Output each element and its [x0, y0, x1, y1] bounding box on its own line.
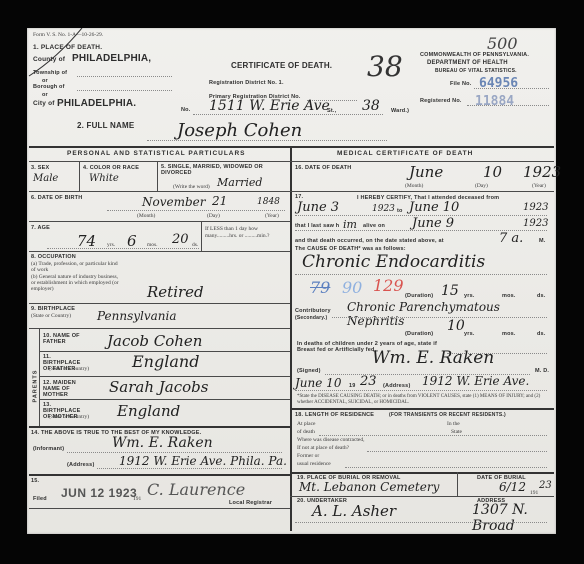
medical-section-title: MEDICAL CERTIFICATE OF DEATH: [337, 150, 473, 157]
cause-duration: 15: [441, 283, 459, 299]
registered-no-label: Registered No.: [420, 98, 462, 104]
of-death-label: of death: [297, 429, 315, 435]
father-name-label: 10. NAME OF FATHER: [43, 333, 88, 345]
file-no-label: File No.: [450, 81, 471, 87]
to-label: to: [397, 208, 403, 214]
year-caption: (Year): [265, 213, 279, 219]
residence-label: 18. LENGTH OF RESIDENCE: [295, 412, 374, 418]
undertaker-line: [295, 522, 547, 523]
contracted-label: Where was disease contracted,: [297, 437, 365, 443]
full-name-label: 2. FULL NAME: [77, 121, 134, 130]
birthplace-value: Pennsylvania: [97, 309, 177, 323]
cause-code-1: 79: [310, 278, 330, 297]
divider: [39, 328, 40, 426]
contributory-line: [332, 317, 547, 318]
to-year: 1923: [523, 202, 548, 213]
divider: [290, 496, 554, 497]
filed-label: Filed: [33, 496, 47, 502]
st-label: St.,: [327, 108, 336, 114]
last-saw-date: June 9: [412, 216, 454, 231]
divider: [29, 508, 290, 509]
informant-address-label: (Address): [67, 462, 94, 468]
usual-residence-line: [345, 467, 547, 468]
or-label: or: [42, 92, 48, 98]
top-number: 500: [487, 34, 518, 53]
birthplace-label: 9. BIRTHPLACE: [31, 306, 75, 312]
divider: [290, 472, 554, 474]
attended-to: June 10: [409, 200, 459, 215]
agency-line2: DEPARTMENT OF HEALTH: [427, 60, 508, 66]
filed-number: 15.: [31, 478, 39, 484]
divider: [290, 161, 554, 162]
burial-year: 23: [539, 480, 552, 491]
ds-caption: ds.: [537, 293, 546, 299]
dod-label: 16. DATE OF DEATH: [295, 165, 351, 171]
occupation-b: (b) General nature of industry business,…: [31, 274, 121, 292]
contributory-duration: 10: [447, 318, 465, 334]
street-no-label: No.: [181, 107, 190, 113]
divider: [290, 191, 554, 192]
cause-value: Chronic Endocarditis: [302, 252, 485, 272]
cause-line: [295, 274, 547, 275]
signed-date: June 10: [295, 376, 341, 390]
contributory-label: Contributory: [295, 308, 331, 314]
race-label: 4. COLOR OR RACE: [83, 165, 139, 171]
last-saw-label: that I last saw h: [295, 223, 339, 229]
dob-year: 1848: [257, 197, 280, 207]
age-line: [47, 248, 199, 249]
dob-day: 21: [212, 194, 227, 208]
father-birthplace-value: England: [132, 352, 199, 371]
full-name-value: Joseph Cohen: [177, 120, 302, 141]
occupation-label: 8. OCCUPATION: [31, 254, 76, 260]
alive-on-label: alive on: [363, 223, 385, 229]
burial-date-value: 6/12: [499, 480, 526, 494]
mother-maiden-label: 12. MAIDEN NAME OF MOTHER: [43, 380, 93, 398]
filed-date-stamp: JUN 12 1923: [61, 486, 137, 500]
month-caption: (Month): [137, 213, 155, 219]
divider: [29, 303, 290, 304]
pen-stroke-icon: [27, 28, 107, 88]
ward-label: Ward.): [391, 108, 409, 114]
time-value: 7 a.: [499, 231, 523, 246]
occurred-text: and that death occurred, on the date sta…: [295, 238, 444, 244]
md-label: M. D.: [535, 368, 549, 374]
cause-footnote: *State the DISEASE CAUSING DEATH; or in …: [297, 394, 552, 406]
death-certificate: Form V. S. No. 1-A—10-26-29. 1. PLACE OF…: [27, 28, 556, 534]
residence-hint: (FOR TRANSIENTS OR RECENT RESIDENTS.): [389, 412, 506, 418]
occupation-value: Retired: [147, 283, 204, 301]
informant-value: Wm. E. Raken: [112, 435, 213, 451]
divider: [29, 474, 290, 476]
less-than-day-note: If LESS than 1 day how many.........hrs.…: [205, 226, 287, 240]
undertaker-address-value: 1307 N. Broad: [472, 502, 556, 534]
agency-line1: COMMONWEALTH OF PENNSYLVANIA.: [420, 52, 529, 58]
divider: [29, 251, 290, 252]
registered-no-value: 11884: [475, 94, 514, 109]
registrar-signature: C. Laurence: [147, 480, 245, 499]
divider: [29, 191, 290, 192]
certificate-title: CERTIFICATE OF DEATH.: [231, 61, 332, 70]
age-label: 7. AGE: [31, 225, 50, 231]
cause-code-2: 90: [342, 278, 362, 297]
margin-number: 38: [367, 50, 403, 83]
burial-place-value: Mt. Lebanon Cemetery: [299, 480, 439, 494]
divider: [157, 161, 158, 191]
marital-label: 5. SINGLE, MARRIED, WIDOWED OR DIVORCED: [161, 164, 287, 176]
duration-label: (Duration): [405, 293, 433, 299]
marital-value: Married: [217, 176, 262, 189]
usual-label: usual residence: [297, 461, 331, 467]
day-caption: (Day): [207, 213, 220, 219]
physician-address-value: 1912 W. Erie Ave.: [422, 374, 529, 388]
informant-label: (Informant): [33, 446, 64, 452]
contracted-line: [367, 451, 547, 452]
parents-label: PARENTS: [32, 370, 38, 403]
informant-address-value: 1912 W. Erie Ave. Phila. Pa.: [119, 454, 287, 468]
cause-code-3: 129: [373, 276, 404, 295]
residence-line: [319, 435, 547, 436]
street-value: 1511 W. Erie Ave: [209, 98, 330, 114]
undertaker-value: A. L. Asher: [312, 502, 396, 520]
m-label: M.: [539, 238, 546, 244]
informant-address-line: [97, 468, 282, 469]
dod-year: 1923: [523, 163, 561, 181]
secondary-label: (Secondary.): [295, 315, 327, 321]
filed-year-suffix: 191: [133, 496, 141, 502]
yrs-caption: yrs.: [464, 293, 475, 299]
race-value: White: [89, 173, 119, 184]
dod-day: 10: [483, 163, 502, 181]
dob-label: 6. DATE OF BIRTH: [31, 195, 82, 201]
mos-caption: mos.: [502, 293, 516, 299]
in-the-label: In the: [447, 421, 460, 427]
divider: [290, 408, 554, 410]
divider: [79, 161, 80, 191]
signed-label: (Signed): [297, 368, 321, 374]
mother-birthplace-hint: (State or Country): [49, 414, 89, 420]
agency-line3: BUREAU OF VITAL STATISTICS.: [435, 68, 517, 74]
divider: [29, 161, 290, 162]
divider: [39, 399, 290, 400]
former-label: Former or: [297, 453, 319, 459]
file-no-value: 64956: [479, 76, 518, 91]
day-caption: (Day): [475, 183, 488, 189]
divider: [457, 472, 458, 496]
month-caption: (Month): [405, 183, 423, 189]
signed-year-prefix: 19: [349, 383, 356, 389]
divider: [201, 221, 202, 251]
divider: [39, 376, 290, 377]
divider: [29, 426, 290, 428]
yrs-caption: yrs.: [464, 331, 475, 337]
occupation-a: (a) Trade, profession, or particular kin…: [31, 261, 121, 273]
divider: [29, 221, 290, 222]
sex-value: Male: [33, 173, 58, 184]
at-place-label: At place: [297, 421, 315, 427]
physician-address-line: [295, 390, 547, 391]
city-value: PHILADELPHIA.: [57, 98, 136, 109]
state-label: State: [451, 429, 462, 435]
duration-label: (Duration): [405, 331, 433, 337]
dob-month: November: [142, 195, 206, 209]
city-label: City of: [33, 100, 55, 107]
if-not-label: If not at place of death?: [297, 445, 349, 451]
dod-month: June: [409, 163, 443, 181]
year-caption: (Year): [532, 183, 546, 189]
registration-district-label: Registration District No. 1.: [209, 80, 284, 86]
birthplace-hint: (State or Country): [31, 313, 71, 319]
age-days: 20: [172, 232, 189, 247]
mother-maiden-value: Sarah Jacobs: [109, 378, 208, 396]
personal-section-title: PERSONAL AND STATISTICAL PARTICULARS: [67, 150, 246, 157]
last-saw-year: 1923: [523, 218, 548, 229]
mother-birthplace-value: England: [117, 402, 180, 420]
signed-year: 23: [360, 374, 377, 389]
borough-field: [77, 90, 172, 91]
registrar-label: Local Registrar: [229, 500, 272, 506]
marital-hint: (Write the word): [173, 184, 210, 190]
ward-value: 38: [362, 98, 380, 114]
father-name-value: Jacob Cohen: [107, 332, 202, 350]
street-line: [193, 114, 383, 115]
informant-line: [67, 452, 282, 453]
divider: [29, 328, 290, 329]
physician-address-label: (Address): [383, 383, 410, 389]
father-birthplace-hint: (State or Country): [49, 366, 89, 372]
ds-caption: ds.: [537, 331, 546, 337]
from-year: 1923: [372, 204, 395, 214]
physician-signature: Wm. E. Raken: [372, 348, 494, 368]
dob-line: [107, 210, 285, 211]
sex-label: 3. SEX: [31, 165, 49, 171]
attended-from: June 3: [297, 200, 339, 215]
mos-caption: mos.: [502, 331, 516, 337]
